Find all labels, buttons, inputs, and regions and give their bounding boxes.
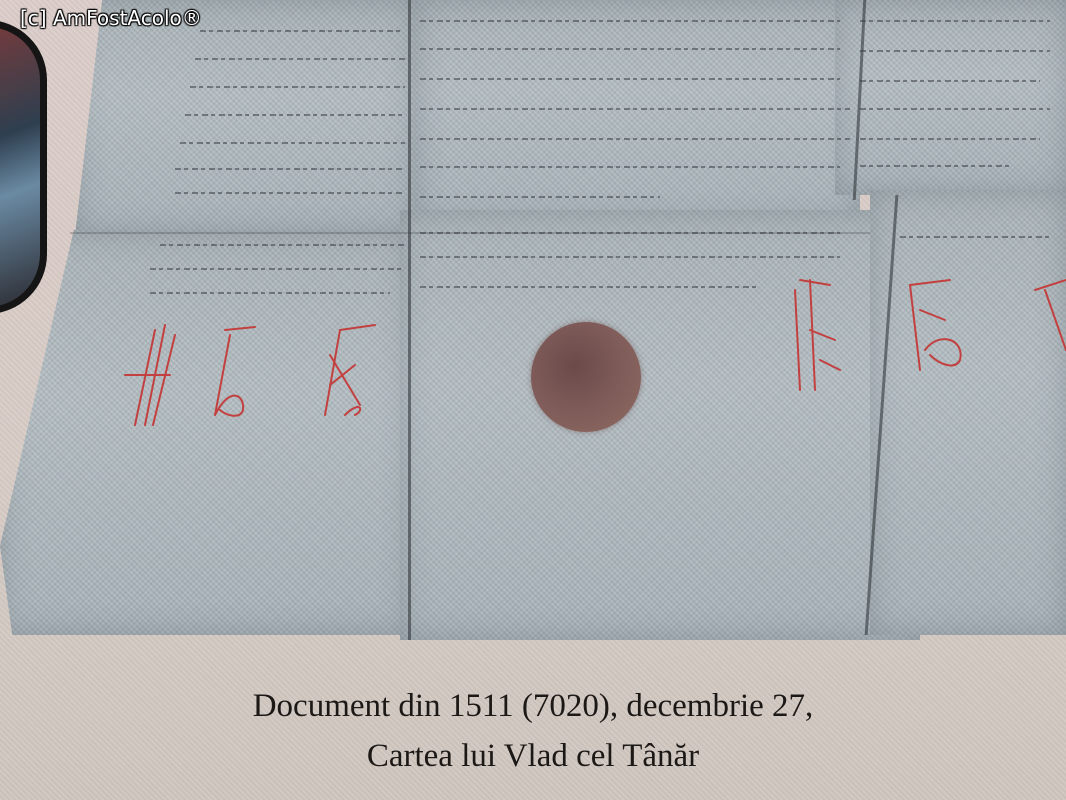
red-signatures-left bbox=[115, 315, 415, 435]
wax-seal bbox=[531, 322, 641, 432]
watermark: [c] AmFostAcolo® bbox=[20, 6, 202, 30]
caption-line-1: Document din 1511 (7020), decembrie 27, bbox=[0, 688, 1066, 725]
historical-document-photo bbox=[0, 0, 1066, 645]
caption-line-2: Cartea lui Vlad cel Tânăr bbox=[0, 738, 1066, 775]
red-signatures-right bbox=[780, 260, 1066, 400]
document-panel-top-center bbox=[415, 0, 860, 225]
document-panel-top-left bbox=[75, 0, 415, 235]
document-panel-bottom-right bbox=[870, 190, 1066, 635]
